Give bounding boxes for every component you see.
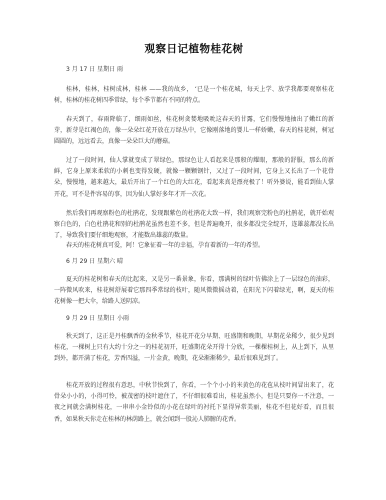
paragraph-text: 夏天的桂花树和春天的比起来，又是另一番景象，你看，那满树的绿叶仿佛涂上了一层绿色… (54, 274, 334, 308)
paragraph-text: 桂花开放的过程很有意思，中秋节快到了，你看，一个个小小的米黄色的花苞从枝叶间冒出… (54, 380, 334, 425)
paragraph: 春天的桂花树真可爱，阿！它象征着一年的幸福，孕育着新的一年的希望。 (54, 240, 334, 251)
paragraph-text: 过了一段时间，仙人掌就变成了翠绿色，那绿色让人看起来是那般的耀眼，那般的舒服，那… (54, 155, 334, 200)
date-line: 9 月 29 日 星期日 小雨 (54, 313, 334, 324)
paragraph: 然后我们再观察粉色的杜鹃花，发现跟紫色的杜鹃花大致一样，我们观察完粉色的杜鹃花，… (54, 208, 334, 242)
paragraph-text: 然后我们再观察粉色的杜鹃花，发现跟紫色的杜鹃花大致一样，我们观察完粉色的杜鹃花，… (54, 208, 334, 242)
paragraph: 夏天的桂花树和春天的比起来，又是另一番景象，你看，那满树的绿叶仿佛涂上了一层绿色… (54, 274, 334, 308)
paragraph-text: 桂林，桂林，桂树成林，桂林 ——我的故乡， ‘已是一个桂花城，每天上学、放学我都… (54, 84, 334, 106)
date-line: 6 月 29 日 星期六 晴 (54, 256, 334, 267)
entry-date: 6 月 29 日 星期六 晴 (54, 256, 334, 267)
date-line: 3 月 17 日 星期日 雨 (54, 64, 334, 75)
entry-date: 9 月 29 日 星期日 小雨 (54, 313, 334, 324)
paragraph: 过了一段时间，仙人掌就变成了翠绿色，那绿色让人看起来是那般的耀眼，那般的舒服，那… (54, 155, 334, 200)
paragraph: 秋天到了，这正是丹桂飘香的金秋季节，桂花开花分早期、旺盛期和晚期，早期花朵稀少，… (54, 331, 334, 365)
paragraph: 春天到了，春雨降临了，细雨如丝，桂花树贪婪地吸吮这春天的甘露，它们慢慢地抽出了嫩… (54, 114, 334, 148)
document-title: 观察日记植物桂花树 (54, 41, 334, 56)
paragraph-text: 春天到了，春雨降临了，细雨如丝，桂花树贪婪地吸吮这春天的甘露，它们慢慢地抽出了嫩… (54, 114, 334, 148)
paragraph: 桂花开放的过程很有意思，中秋节快到了，你看，一个个小小的米黄色的花苞从枝叶间冒出… (54, 380, 334, 425)
paragraph-text: 秋天到了，这正是丹桂飘香的金秋季节，桂花开花分早期、旺盛期和晚期，早期花朵稀少，… (54, 331, 334, 365)
entry-date: 3 月 17 日 星期日 雨 (54, 64, 334, 75)
paragraph: 桂林，桂林，桂树成林，桂林 ——我的故乡， ‘已是一个桂花城，每天上学、放学我都… (54, 84, 334, 106)
paragraph-text: 春天的桂花树真可爱，阿！它象征着一年的幸福，孕育着新的一年的希望。 (54, 240, 334, 251)
